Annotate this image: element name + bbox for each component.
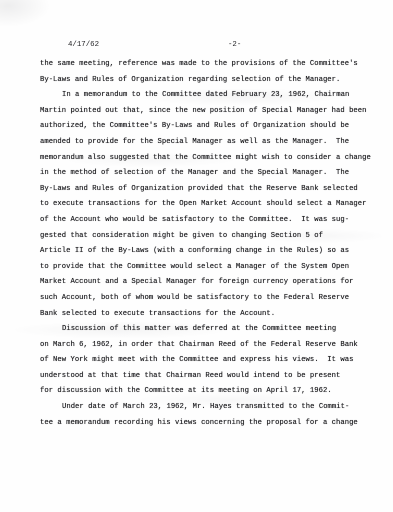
document-line: Bank selected to execute transactions fo… — [40, 307, 372, 323]
document-line: understood at that time that Chairman Re… — [40, 369, 372, 385]
document-line: In a memorandum to the Committee dated F… — [40, 88, 372, 104]
document-line: Martin pointed out that, since the new p… — [40, 104, 372, 120]
document-line: Article II of the By-Laws (with a confor… — [40, 244, 372, 260]
document-line: Market Account and a Special Manager for… — [40, 275, 372, 291]
document-line: authorized, the Committee's By-Laws and … — [40, 119, 372, 135]
document-line: to execute transactions for the Open Mar… — [40, 197, 372, 213]
document-line: for discussion with the Committee at its… — [40, 384, 372, 400]
document-line: By-Laws and Rules of Organization regard… — [40, 73, 372, 89]
document-line: amended to provide for the Special Manag… — [40, 135, 372, 151]
document-line: the same meeting, reference was made to … — [40, 57, 372, 73]
document-line: tee a memorandum recording his views con… — [40, 416, 372, 432]
document-line: By-Laws and Rules of Organization provid… — [40, 182, 372, 198]
document-line: in the method of selection of the Manage… — [40, 166, 372, 182]
document-line: of New York might meet with the Committe… — [40, 353, 372, 369]
document-line: of the Account who would be satisfactory… — [40, 213, 372, 229]
page-number: -2- — [228, 41, 241, 49]
document-line: Discussion of this matter was deferred a… — [40, 322, 372, 338]
document-line: gested that consideration might be given… — [40, 229, 372, 245]
document-page: 4/17/62 -2- the same meeting, reference … — [0, 0, 393, 512]
document-date: 4/17/62 — [68, 41, 99, 49]
page-header: 4/17/62 -2- — [0, 41, 393, 53]
document-line: such Account, both of whom would be sati… — [40, 291, 372, 307]
document-line: to provide that the Committee would sele… — [40, 260, 372, 276]
document-line: on March 6, 1962, in order that Chairman… — [40, 338, 372, 354]
document-line: memorandum also suggested that the Commi… — [40, 151, 372, 167]
document-line: Under date of March 23, 1962, Mr. Hayes … — [40, 400, 372, 416]
document-body: the same meeting, reference was made to … — [40, 57, 372, 431]
